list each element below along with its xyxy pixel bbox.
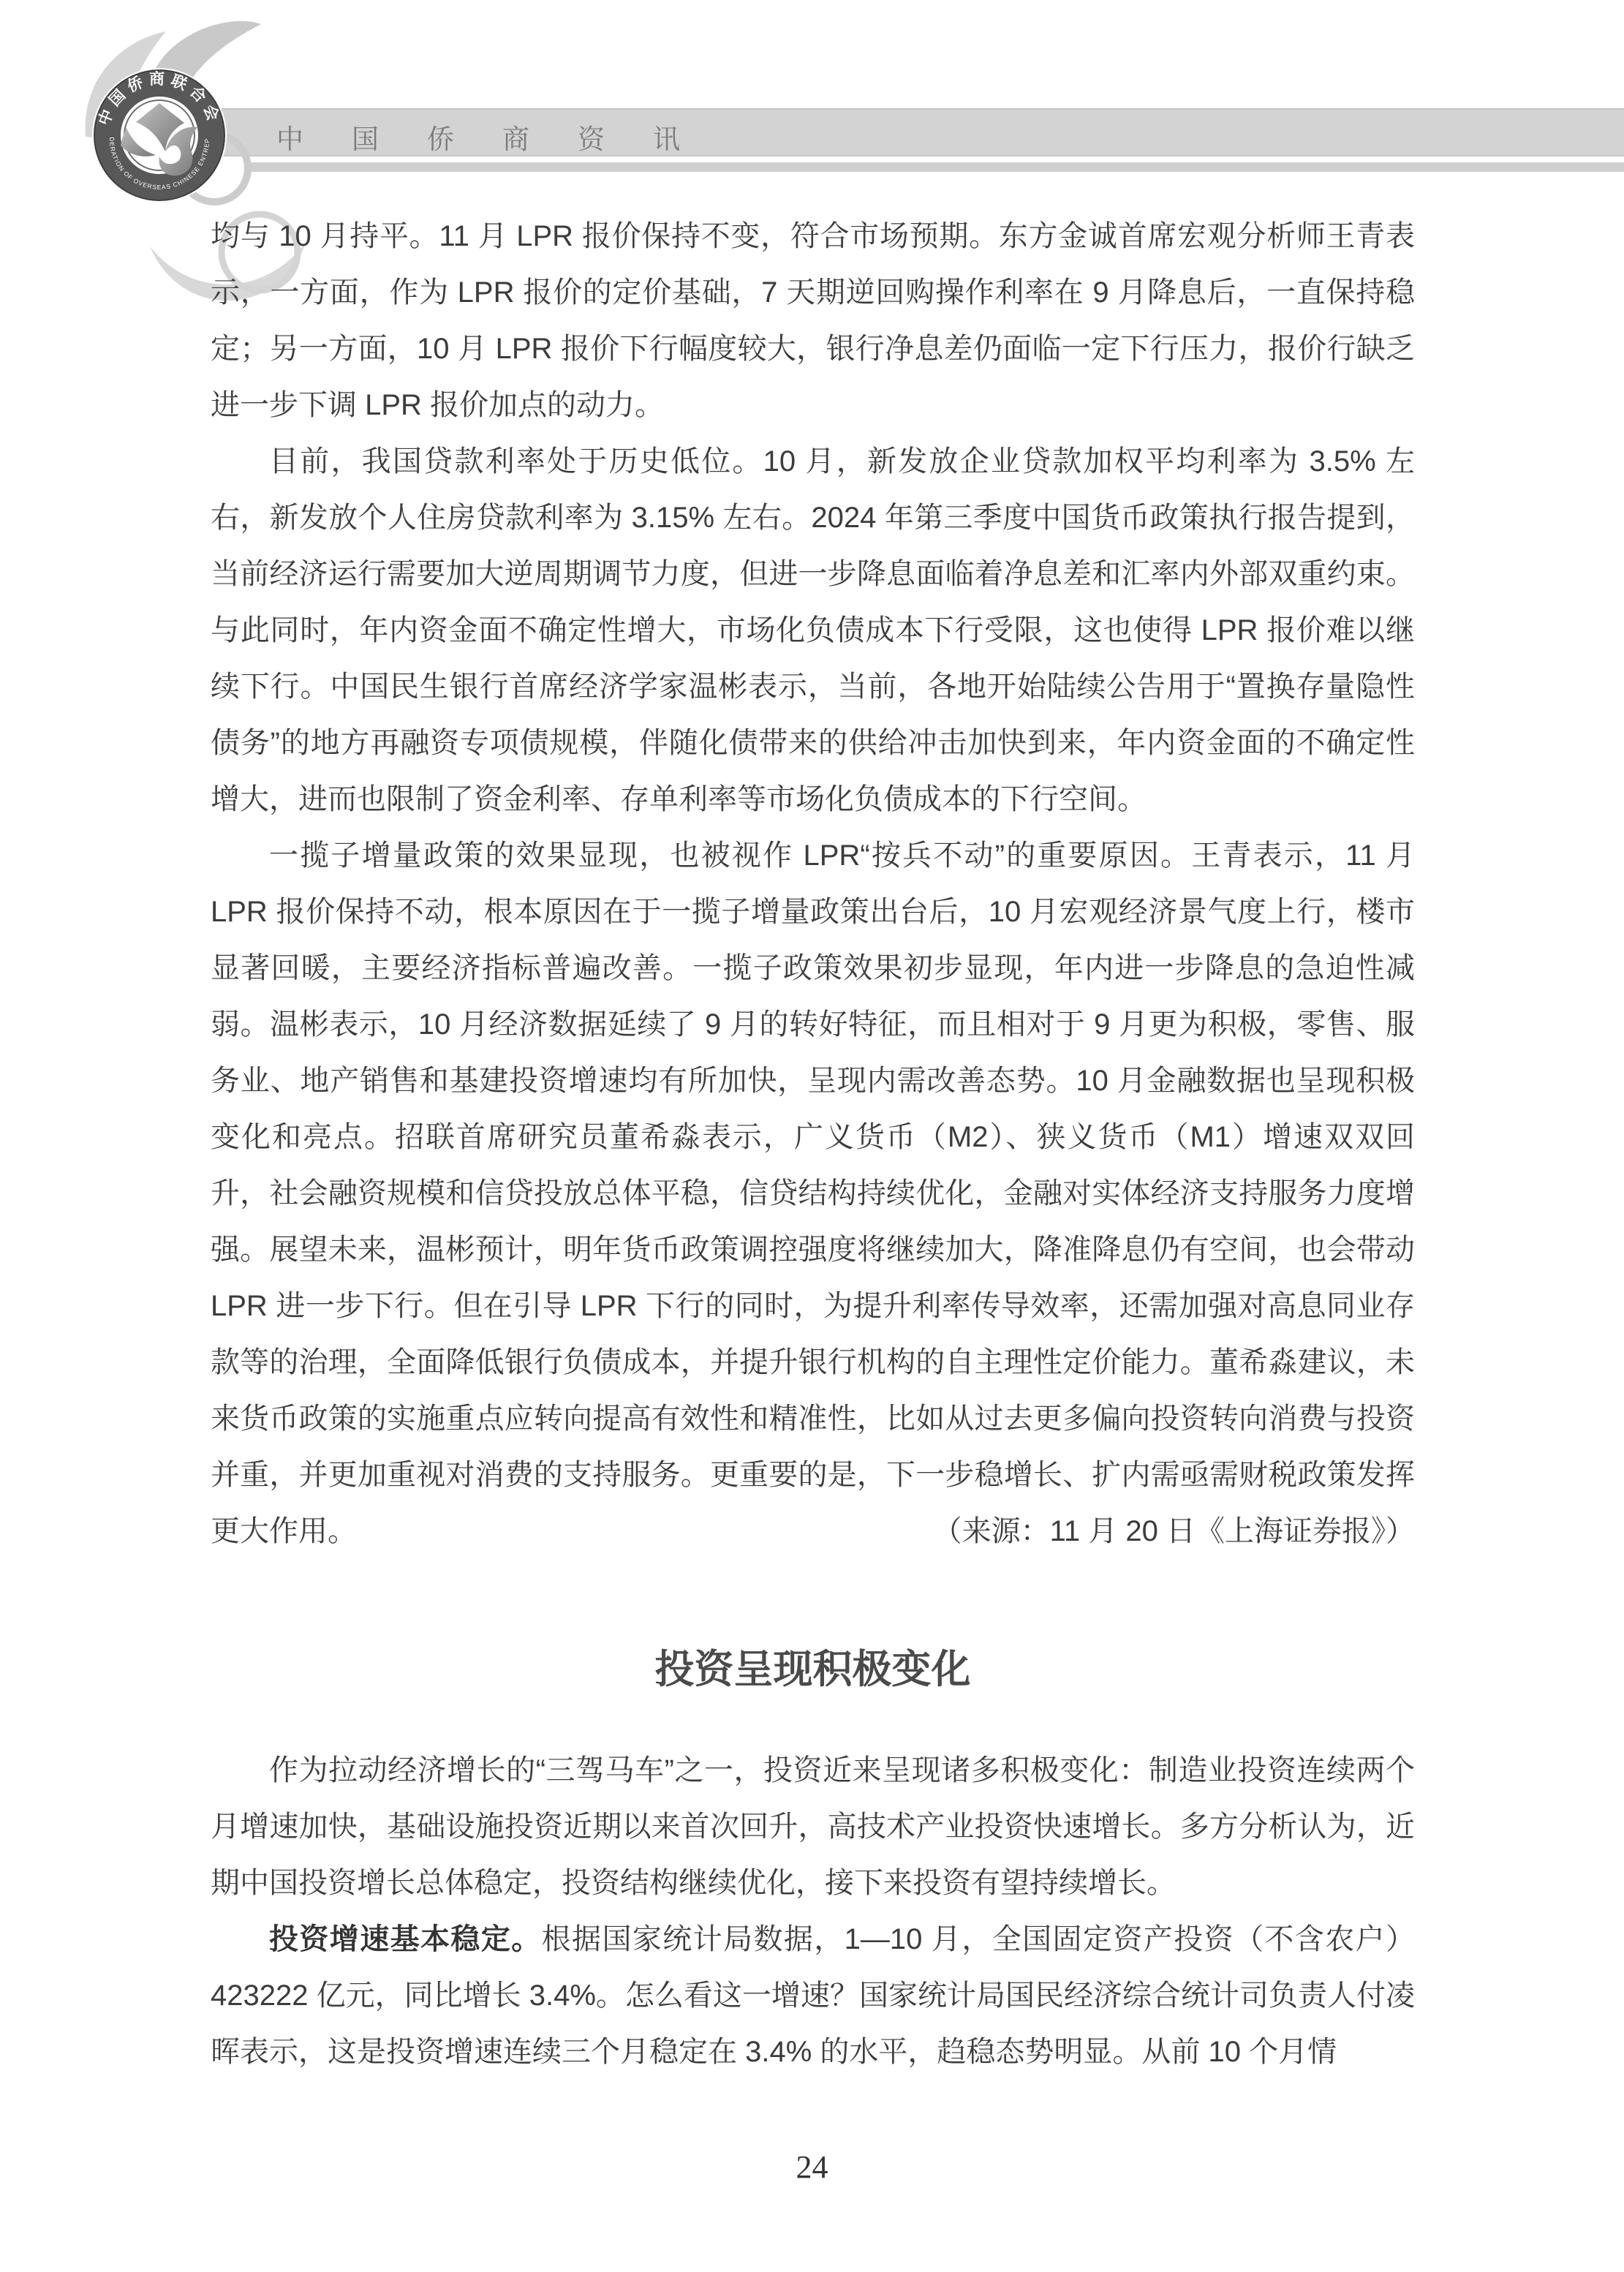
paragraph-lead: 投资增速基本稳定。	[269, 1923, 542, 1955]
paragraph: 投资增速基本稳定。根据国家统计局数据，1—10 月，全国固定资产投资（不含农户）…	[211, 1911, 1415, 2080]
masthead-title: 中国侨商资讯	[276, 117, 728, 156]
article-body: 均与 10 月持平。11 月 LPR 报价保持不变，符合市场预期。东方金诚首席宏…	[211, 208, 1415, 2080]
paragraph: 目前，我国贷款利率处于历史低位。10 月，新发放企业贷款加权平均利率为 3.5%…	[211, 434, 1415, 828]
document-page: 中国侨商资讯	[0, 0, 1624, 2272]
paragraph-text: 一揽子增量政策的效果显现，也被视作 LPR“按兵不动”的重要原因。王青表示，11…	[211, 839, 1415, 1547]
paragraph: 作为拉动经济增长的“三驾马车”之一，投资近来呈现诸多积极变化：制造业投资连续两个…	[211, 1743, 1415, 1911]
paragraph: 一揽子增量政策的效果显现，也被视作 LPR“按兵不动”的重要原因。王青表示，11…	[211, 828, 1415, 1560]
source-attribution: （来源：11 月 20 日《上海证券报》）	[875, 1503, 1415, 1560]
masthead-subbar	[249, 162, 1624, 172]
paragraph: 均与 10 月持平。11 月 LPR 报价保持不变，符合市场预期。东方金诚首席宏…	[211, 208, 1415, 434]
section-title: 投资呈现积极变化	[211, 1648, 1415, 1691]
page-number: 24	[0, 2148, 1624, 2186]
